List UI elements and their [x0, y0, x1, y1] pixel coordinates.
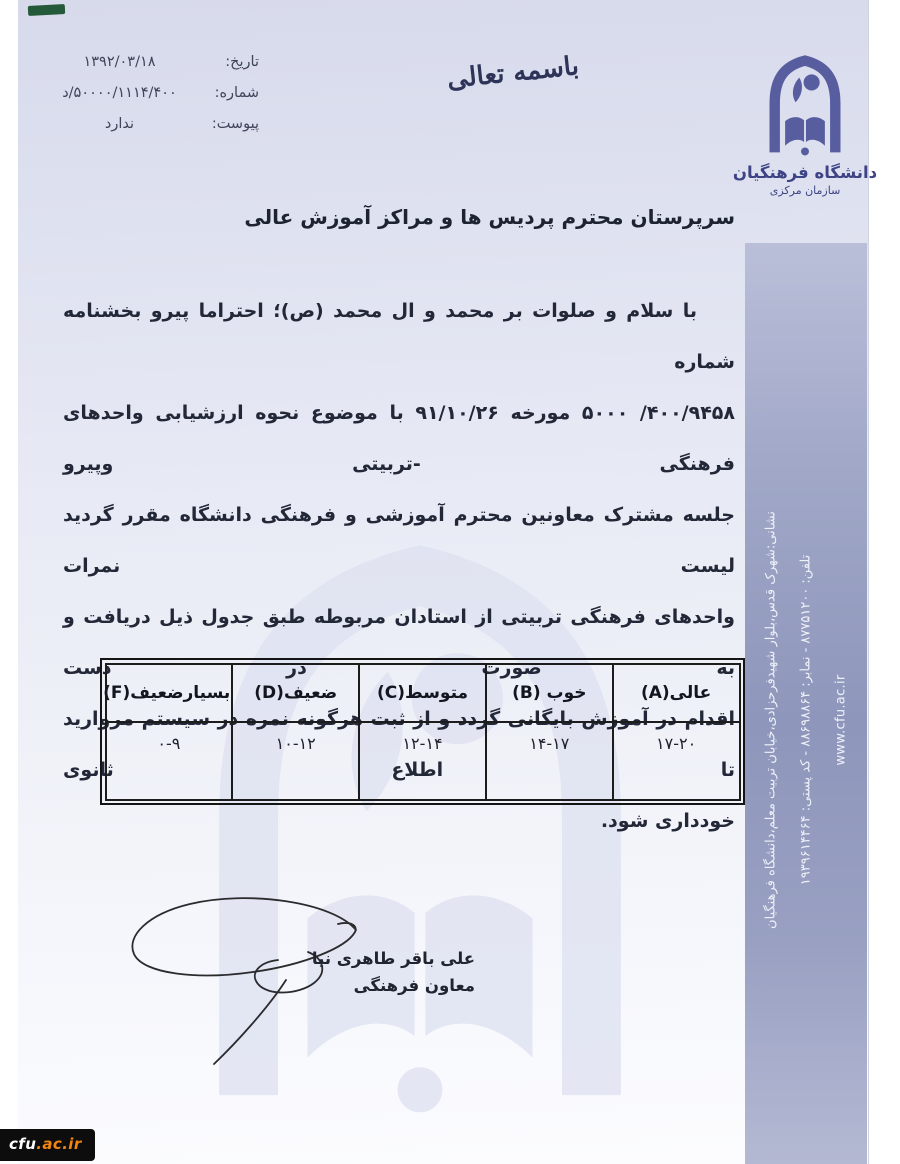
grade-range-good: ۱۴-۱۷	[486, 722, 613, 800]
body-line: ۴۰۰/۹۴۵۸/ ۵۰۰۰ مورخه ۹۱/۱۰/۲۶ با موضوع ن…	[63, 388, 735, 490]
cfu-badge-prefix: cfu	[9, 1135, 36, 1153]
grades-header-row: عالی(A) خوب (B) متوسط(C) ضعیف(D) بسیارضع…	[106, 664, 740, 722]
signatory-title: معاون فرهنگی	[305, 972, 475, 999]
date-label: تاریخ:	[204, 54, 259, 70]
sidebar-website: www.cfu.ac.ir	[824, 390, 859, 1050]
recipient-heading: سرپرستان محترم پردیس ها و مراکز آموزش عا…	[244, 205, 735, 229]
logo-university-name: دانشگاه فرهنگیان	[722, 162, 888, 184]
cfu-badge: cfu.ac.ir	[0, 1129, 95, 1161]
logo-emblem-icon	[757, 54, 853, 160]
date-value: ۱۳۹۲/۰۳/۱۸	[35, 54, 204, 70]
sidebar-phone: تلفن: ۸۷۷۵۱۲۰۰ - نمابر: ۸۸۶۹۸۸۶۴ - کد پس…	[789, 390, 824, 1050]
scanned-letter-page: تاریخ: ۱۳۹۲/۰۳/۱۸ شماره: ۵۰۰۰۰/۱۱۱۴/۴۰۰/…	[0, 0, 900, 1164]
grade-header-excellent: عالی(A)	[613, 664, 740, 722]
meta-row-attachment: پیوست: ندارد	[35, 116, 259, 147]
signatory-name: علی باقر طاهری نیا	[305, 945, 475, 972]
cfu-badge-suffix: .ac.ir	[36, 1135, 81, 1153]
meta-block: تاریخ: ۱۳۹۲/۰۳/۱۸ شماره: ۵۰۰۰۰/۱۱۱۴/۴۰۰/…	[35, 54, 259, 147]
sidebar-address: نشانی:شهرک قدس،بلوار شهیدفرحزادی،خیابان …	[754, 390, 789, 1050]
body-line: جلسه مشترک معاونین محترم آموزشی و فرهنگی…	[63, 490, 735, 592]
attachment-value: ندارد	[35, 116, 204, 132]
grades-table: عالی(A) خوب (B) متوسط(C) ضعیف(D) بسیارضع…	[100, 658, 745, 805]
attachment-label: پیوست:	[204, 116, 259, 132]
grade-header-good: خوب (B)	[486, 664, 613, 722]
scan-corner-mark	[28, 4, 65, 16]
university-logo: دانشگاه فرهنگیان سازمان مرکزی	[722, 54, 888, 198]
grade-range-excellent: ۱۷-۲۰	[613, 722, 740, 800]
number-value: ۵۰۰۰۰/۱۱۱۴/۴۰۰/د	[35, 85, 204, 101]
grade-header-very-weak: بسیارضعیف(F)	[106, 664, 233, 722]
grade-range-weak: ۱۰-۱۲	[232, 722, 359, 800]
grade-range-average: ۱۲-۱۴	[359, 722, 486, 800]
body-line: با سلام و صلوات بر محمد و ال محمد (ص)؛ ا…	[63, 286, 735, 388]
logo-org-subtitle: سازمان مرکزی	[722, 184, 888, 198]
grade-header-average: متوسط(C)	[359, 664, 486, 722]
grades-value-row: ۱۷-۲۰ ۱۴-۱۷ ۱۲-۱۴ ۱۰-۱۲ ۰-۹	[106, 722, 740, 800]
meta-row-number: شماره: ۵۰۰۰۰/۱۱۱۴/۴۰۰/د	[35, 85, 259, 116]
signature-block: علی باقر طاهری نیا معاون فرهنگی	[305, 945, 475, 999]
grade-range-very-weak: ۰-۹	[106, 722, 233, 800]
grade-header-weak: ضعیف(D)	[232, 664, 359, 722]
sidebar-contact-block: نشانی:شهرک قدس،بلوار شهیدفرحزادی،خیابان …	[754, 390, 859, 1050]
meta-row-date: تاریخ: ۱۳۹۲/۰۳/۱۸	[35, 54, 259, 85]
number-label: شماره:	[204, 85, 259, 101]
sidebar-band: نشانی:شهرک قدس،بلوار شهیدفرحزادی،خیابان …	[745, 243, 867, 1164]
